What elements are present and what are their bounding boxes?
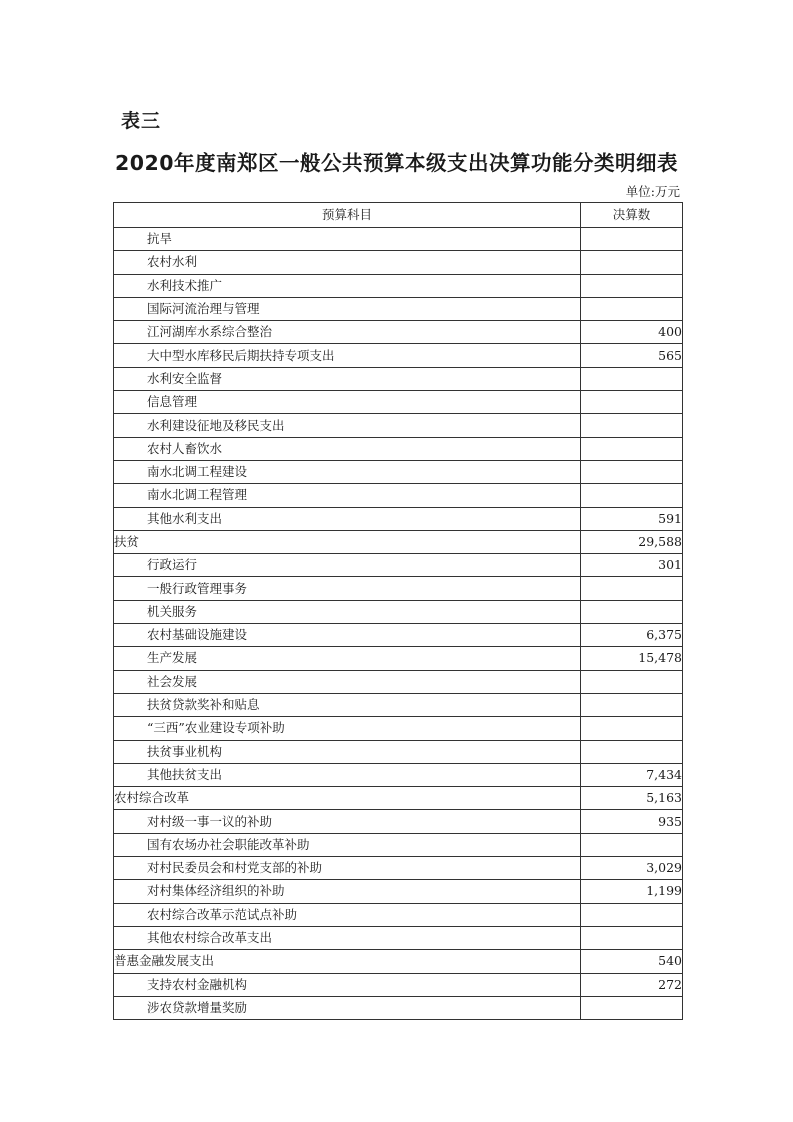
budget-item-name: 水利技术推广 — [114, 274, 581, 297]
table-row: 支持农村金融机构272 — [114, 973, 683, 996]
table-row: 普惠金融发展支出540 — [114, 950, 683, 973]
table-row: 南水北调工程管理 — [114, 484, 683, 507]
final-amount-value — [581, 367, 683, 390]
budget-item-name: 南水北调工程管理 — [114, 484, 581, 507]
table-row: 农村综合改革示范试点补助 — [114, 903, 683, 926]
final-amount-value — [581, 437, 683, 460]
table-row: 大中型水库移民后期扶持专项支出565 — [114, 344, 683, 367]
document-title: 2020年度南郑区一般公共预算本级支出决算功能分类明细表 — [0, 146, 793, 176]
final-amount-value — [581, 996, 683, 1019]
budget-item-name: 扶贫事业机构 — [114, 740, 581, 763]
final-amount-value: 29,588 — [581, 530, 683, 553]
final-amount-value — [581, 274, 683, 297]
table-row: 一般行政管理事务 — [114, 577, 683, 600]
budget-item-name: 水利安全监督 — [114, 367, 581, 390]
table-row: 社会发展 — [114, 670, 683, 693]
table-row: 对村集体经济组织的补助1,199 — [114, 880, 683, 903]
final-amount-value — [581, 484, 683, 507]
budget-item-name: 其他扶贫支出 — [114, 763, 581, 786]
final-amount-value: 5,163 — [581, 787, 683, 810]
budget-item-name: 农村人畜饮水 — [114, 437, 581, 460]
table-row: 农村水利 — [114, 251, 683, 274]
table-row: 国有农场办社会职能改革补助 — [114, 833, 683, 856]
budget-item-name: 普惠金融发展支出 — [114, 950, 581, 973]
budget-item-name: 扶贫贷款奖补和贴息 — [114, 693, 581, 716]
table-row: 其他农村综合改革支出 — [114, 926, 683, 949]
table-label: 表三 — [121, 106, 161, 133]
budget-item-name: 国际河流治理与管理 — [114, 297, 581, 320]
budget-item-name: 信息管理 — [114, 391, 581, 414]
budget-item-name: 其他水利支出 — [114, 507, 581, 530]
table-row: 农村人畜饮水 — [114, 437, 683, 460]
final-amount-value — [581, 297, 683, 320]
table-row: 对村民委员会和村党支部的补助3,029 — [114, 857, 683, 880]
table-body: 抗旱农村水利水利技术推广国际河流治理与管理江河湖库水系综合整治400大中型水库移… — [114, 228, 683, 1020]
final-amount-value — [581, 600, 683, 623]
budget-item-name: 支持农村金融机构 — [114, 973, 581, 996]
budget-item-name: 对村级一事一议的补助 — [114, 810, 581, 833]
table-row: 江河湖库水系综合整治400 — [114, 321, 683, 344]
final-amount-value — [581, 717, 683, 740]
header-final-amount: 决算数 — [581, 203, 683, 228]
final-amount-value: 1,199 — [581, 880, 683, 903]
unit-label: 单位:万元 — [626, 182, 680, 200]
table-row: 扶贫贷款奖补和贴息 — [114, 693, 683, 716]
table-row: 生产发展15,478 — [114, 647, 683, 670]
table-row: 水利建设征地及移民支出 — [114, 414, 683, 437]
final-amount-value — [581, 228, 683, 251]
budget-item-name: 抗旱 — [114, 228, 581, 251]
budget-item-name: 扶贫 — [114, 530, 581, 553]
final-amount-value: 272 — [581, 973, 683, 996]
table-row: 抗旱 — [114, 228, 683, 251]
header-budget-item: 预算科目 — [114, 203, 581, 228]
final-amount-value — [581, 577, 683, 600]
table-row: 水利技术推广 — [114, 274, 683, 297]
table-row: 机关服务 — [114, 600, 683, 623]
budget-item-name: 其他农村综合改革支出 — [114, 926, 581, 949]
budget-table: 预算科目 决算数 抗旱农村水利水利技术推广国际河流治理与管理江河湖库水系综合整治… — [113, 202, 683, 1020]
table-row: 扶贫事业机构 — [114, 740, 683, 763]
final-amount-value: 591 — [581, 507, 683, 530]
budget-item-name: 江河湖库水系综合整治 — [114, 321, 581, 344]
table-row: 国际河流治理与管理 — [114, 297, 683, 320]
budget-item-name: 农村基础设施建设 — [114, 624, 581, 647]
final-amount-value — [581, 903, 683, 926]
budget-item-name: 大中型水库移民后期扶持专项支出 — [114, 344, 581, 367]
final-amount-value — [581, 833, 683, 856]
final-amount-value — [581, 460, 683, 483]
budget-item-name: 生产发展 — [114, 647, 581, 670]
final-amount-value — [581, 740, 683, 763]
budget-item-name: 对村集体经济组织的补助 — [114, 880, 581, 903]
budget-item-name: 水利建设征地及移民支出 — [114, 414, 581, 437]
final-amount-value: 935 — [581, 810, 683, 833]
budget-item-name: 农村综合改革示范试点补助 — [114, 903, 581, 926]
budget-item-name: 涉农贷款增量奖励 — [114, 996, 581, 1019]
final-amount-value — [581, 926, 683, 949]
final-amount-value — [581, 693, 683, 716]
final-amount-value — [581, 670, 683, 693]
final-amount-value: 301 — [581, 554, 683, 577]
budget-item-name: 对村民委员会和村党支部的补助 — [114, 857, 581, 880]
table-row: 南水北调工程建设 — [114, 460, 683, 483]
final-amount-value — [581, 391, 683, 414]
table-row: 扶贫29,588 — [114, 530, 683, 553]
final-amount-value: 565 — [581, 344, 683, 367]
table-row: 其他扶贫支出7,434 — [114, 763, 683, 786]
table-header-row: 预算科目 决算数 — [114, 203, 683, 228]
budget-item-name: 南水北调工程建设 — [114, 460, 581, 483]
table-row: 农村基础设施建设6,375 — [114, 624, 683, 647]
budget-item-name: 农村水利 — [114, 251, 581, 274]
final-amount-value: 3,029 — [581, 857, 683, 880]
budget-item-name: 国有农场办社会职能改革补助 — [114, 833, 581, 856]
final-amount-value — [581, 251, 683, 274]
table-row: 对村级一事一议的补助935 — [114, 810, 683, 833]
final-amount-value: 7,434 — [581, 763, 683, 786]
budget-item-name: 农村综合改革 — [114, 787, 581, 810]
table-row: 涉农贷款增量奖励 — [114, 996, 683, 1019]
budget-item-name: 机关服务 — [114, 600, 581, 623]
table-row: “三西”农业建设专项补助 — [114, 717, 683, 740]
final-amount-value: 540 — [581, 950, 683, 973]
table-row: 农村综合改革5,163 — [114, 787, 683, 810]
budget-item-name: “三西”农业建设专项补助 — [114, 717, 581, 740]
budget-item-name: 社会发展 — [114, 670, 581, 693]
final-amount-value: 15,478 — [581, 647, 683, 670]
table-row: 其他水利支出591 — [114, 507, 683, 530]
table-row: 信息管理 — [114, 391, 683, 414]
final-amount-value: 6,375 — [581, 624, 683, 647]
budget-item-name: 一般行政管理事务 — [114, 577, 581, 600]
budget-item-name: 行政运行 — [114, 554, 581, 577]
table-row: 行政运行301 — [114, 554, 683, 577]
table-row: 水利安全监督 — [114, 367, 683, 390]
final-amount-value: 400 — [581, 321, 683, 344]
final-amount-value — [581, 414, 683, 437]
